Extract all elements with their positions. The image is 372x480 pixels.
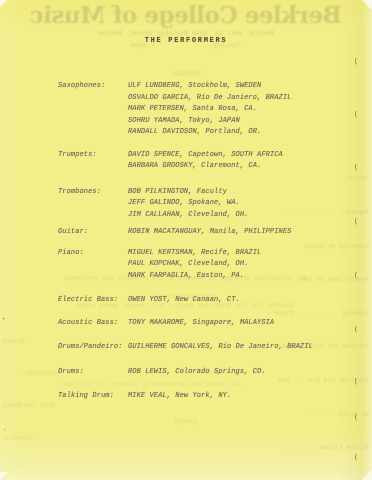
binding-mark: ( bbox=[354, 378, 358, 386]
bleed-berklee-logo: Berklee College of Music bbox=[8, 2, 364, 29]
instrument-label: Saxophones: bbox=[58, 81, 128, 93]
bleed-program-item: Roll-Cad Danca bbox=[2, 401, 120, 412]
binding-mark: ( bbox=[354, 111, 358, 119]
performer-line: OWEN YOST, New Canaan, CT. bbox=[128, 295, 362, 307]
performer-names: MIKE VEAL, New York, NY. bbox=[128, 391, 362, 403]
instrument-label: Drums: bbox=[58, 367, 128, 379]
performer-group-guitar: Guitar: ROBIN MACATANGUAY, Manila, PHILI… bbox=[58, 227, 362, 239]
performer-line: MARK PETERSEN, Santa Rosa, CA. bbox=[128, 104, 362, 116]
performer-group-saxophones: Saxophones: ULF LUNDBERG, Stockholm, SWE… bbox=[58, 81, 362, 139]
instrument-label: Acoustic Bass: bbox=[58, 318, 128, 330]
performer-names: DAVID SPENCE, Capetown, SOUTH AFRICA BAR… bbox=[128, 150, 362, 173]
performer-line: BARBARA GROOSKY, Claremont, CA. bbox=[128, 161, 362, 173]
performer-line: TONY MAKAROME, Singapore, MALAYSIA bbox=[128, 318, 362, 330]
binding-mark: ( bbox=[354, 164, 358, 172]
bleed-program-item: So Com Fatima . . . . . bbox=[191, 442, 369, 453]
performer-line: SOHRU YAMADA, Tokyo, JAPAN bbox=[128, 116, 362, 128]
bleed-program-item: No Ciclo . . . . bbox=[191, 409, 369, 420]
instrument-label: Piano: bbox=[58, 248, 128, 260]
bleed-program-item: Formalin bbox=[2, 434, 120, 445]
scan-speck: ' bbox=[3, 428, 7, 435]
bleed-program-heading: PROGRAM bbox=[0, 71, 372, 79]
instrument-label: Trombones: bbox=[58, 187, 128, 199]
performer-names: ROBIN MACATANGUAY, Manila, PHILIPPINES bbox=[128, 227, 362, 239]
performer-names: ULF LUNDBERG, Stockholm, SWEDEN OSVALDO … bbox=[128, 81, 362, 139]
bleed-over-note: (over) bbox=[0, 418, 372, 425]
performer-names: MIGUEL KERTSMAN, Recife, BRAZIL PAUL KOP… bbox=[128, 248, 362, 283]
performer-line: ULF LUNDBERG, Stockholm, SWEDEN bbox=[128, 81, 362, 93]
performer-names: TONY MAKAROME, Singapore, MALAYSIA bbox=[128, 318, 362, 330]
performer-line: GUILHERME GONCALVES, Río De Janeiro, BRA… bbox=[128, 342, 362, 354]
performer-list: Saxophones: ULF LUNDBERG, Stockholm, SWE… bbox=[58, 81, 362, 403]
performer-line: ROBIN MACATANGUAY, Manila, PHILIPPINES bbox=[128, 227, 362, 239]
instrument-label: Guitar: bbox=[58, 227, 128, 239]
binding-mark: ( bbox=[354, 454, 358, 462]
performer-names: OWEN YOST, New Canaan, CT. bbox=[128, 295, 362, 307]
performer-line: DAVID SPENCE, Capetown, SOUTH AFRICA bbox=[128, 150, 362, 162]
page-title: THE PERFORMERS bbox=[0, 37, 372, 45]
performer-group-drums: Drums: ROB LEWIS, Colorado Springs, CO. bbox=[58, 367, 362, 379]
binding-mark: ( bbox=[354, 58, 358, 66]
instrument-label: Drums/Pandeiro: bbox=[58, 342, 128, 354]
scan-corner bbox=[0, 0, 7, 7]
binding-mark: ( bbox=[354, 272, 358, 280]
scan-corner bbox=[362, 0, 372, 10]
bleed-address-line: Recital Hall 1A, 1140 Boylston Street, B… bbox=[0, 30, 372, 37]
performer-line: OSVALDO GARCIA, Río De Janiero, BRAZIL bbox=[128, 93, 362, 105]
binding-mark: ( bbox=[354, 218, 358, 226]
performer-line: MIGUEL KERTSMAN, Recife, BRAZIL bbox=[128, 248, 362, 260]
instrument-label: Talking Drum: bbox=[58, 391, 128, 403]
scan-corner bbox=[0, 472, 8, 480]
scan-speck: + bbox=[2, 316, 6, 323]
performer-line: MIKE VEAL, New York, NY. bbox=[128, 391, 362, 403]
performer-names: GUILHERME GONCALVES, Río De Janeiro, BRA… bbox=[128, 342, 362, 354]
performer-line: MARK FARPAGLIA, Easton, PA. bbox=[128, 271, 362, 283]
performer-group-trombones: Trombones: BOB PILKINGTON, Faculty JEFF … bbox=[58, 187, 362, 222]
binding-mark: ( bbox=[354, 326, 358, 334]
performer-line: JEFF GALINDO, Spokane, WA. bbox=[128, 198, 362, 210]
performer-line: BOB PILKINGTON, Faculty bbox=[128, 187, 362, 199]
scan-corner bbox=[362, 470, 372, 480]
performer-group-talking-drum: Talking Drum: MIKE VEAL, New York, NY. bbox=[58, 391, 362, 403]
performer-group-trumpets: Trumpets: DAVID SPENCE, Capetown, SOUTH … bbox=[58, 150, 362, 173]
performer-group-piano: Piano: MIGUEL KERTSMAN, Recife, BRAZIL P… bbox=[58, 248, 362, 283]
performer-line: PAUL KOPCHAK, Cleveland, OH. bbox=[128, 259, 362, 271]
binding-mark: ( bbox=[354, 414, 358, 422]
performer-group-electric-bass: Electric Bass: OWEN YOST, New Canaan, CT… bbox=[58, 295, 362, 307]
instrument-label: Electric Bass: bbox=[58, 295, 128, 307]
performer-line: RANDALL DAVIDSON, Portland, OR. bbox=[128, 127, 362, 139]
performer-line: JIM CALLAHAN, Cleveland, OH. bbox=[128, 210, 362, 222]
performer-names: ROB LEWIS, Colorado Springs, CO. bbox=[128, 367, 362, 379]
performer-group-drums-pandeiro: Drums/Pandeiro: GUILHERME GONCALVES, Río… bbox=[58, 342, 362, 354]
performer-line: ROB LEWIS, Colorado Springs, CO. bbox=[128, 367, 362, 379]
instrument-label: Trumpets: bbox=[58, 150, 128, 162]
scanned-program-page: Berklee College of Music Recital Hall 1A… bbox=[0, 0, 372, 480]
performer-group-acoustic-bass: Acoustic Bass: TONY MAKAROME, Singapore,… bbox=[58, 318, 362, 330]
performer-names: BOB PILKINGTON, Faculty JEFF GALINDO, Sp… bbox=[128, 187, 362, 222]
